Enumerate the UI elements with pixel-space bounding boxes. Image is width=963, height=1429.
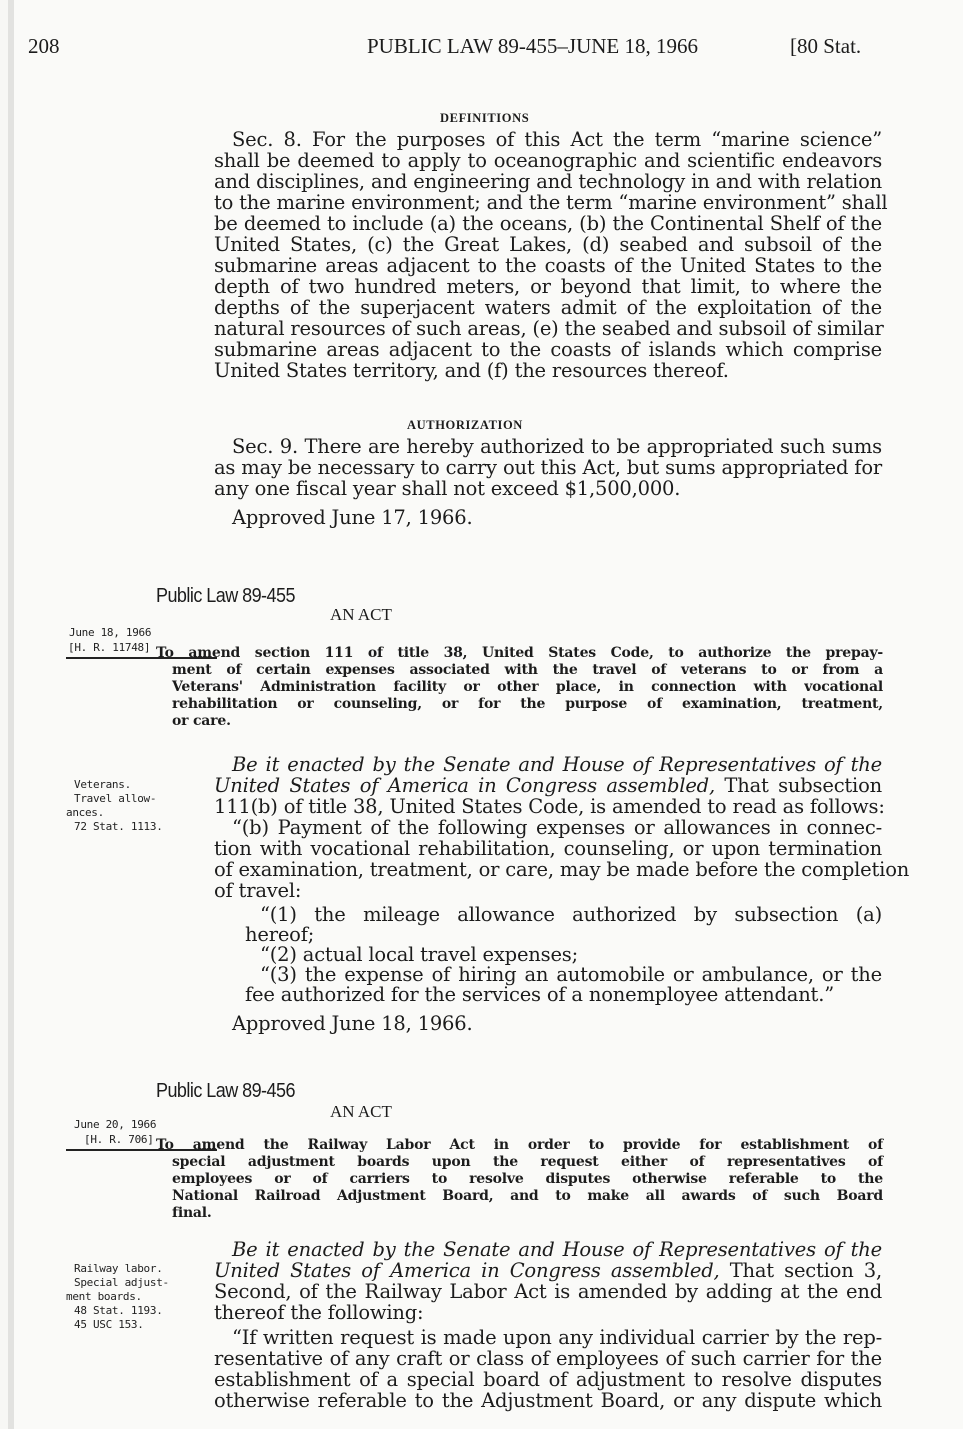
text-line: and disciplines, and engineering and tec…	[214, 171, 882, 193]
margin-note: 48 Stat. 1193.	[74, 1304, 163, 1318]
approval-date: Approved June 17, 1966.	[232, 507, 472, 529]
enacting-rest: That section 3,	[720, 1259, 883, 1282]
text-line: shall be deemed to apply to oceanographi…	[214, 150, 882, 172]
enacting-italic: United States of America in Congress ass…	[214, 774, 715, 797]
text-line: thereof the following:	[214, 1302, 423, 1324]
enacting-italic: United States of America in Congress ass…	[214, 1259, 720, 1282]
margin-note: 45 USC 153.	[74, 1318, 144, 1332]
text-line: to the marine environment; and the term …	[214, 192, 882, 214]
text-line: United States territory, and (f) the res…	[214, 360, 729, 382]
margin-note: Special adjust-	[74, 1276, 169, 1290]
text-line: natural resources of such areas, (e) the…	[214, 318, 882, 340]
title-line: final.	[172, 1205, 212, 1222]
margin-note: Railway labor.	[74, 1262, 163, 1276]
text-line: tion with vocational rehabilitation, cou…	[214, 838, 882, 860]
margin-date: June 18, 1966	[69, 626, 151, 640]
text-line: submarine areas adjacent to the coasts o…	[214, 255, 882, 277]
running-title: PUBLIC LAW 89-455–JUNE 18, 1966	[367, 34, 698, 59]
text-line: of examination, treatment, or care, may …	[214, 859, 882, 881]
text-line: as may be necessary to carry out this Ac…	[214, 457, 882, 479]
text-line: Sec. 9. There are hereby authorized to b…	[232, 436, 882, 458]
text-line: “If written request is made upon any ind…	[232, 1327, 882, 1349]
enacting-line: Be it enacted by the Senate and House of…	[232, 754, 882, 776]
text-line: establishment of a special board of adju…	[214, 1369, 882, 1391]
title-line: To amend the Railway Labor Act in order …	[156, 1137, 883, 1154]
an-act-heading: AN ACT	[330, 605, 392, 625]
margin-bill-number: [H. R. 11748]	[68, 641, 150, 655]
text-line: resentative of any craft or class of emp…	[214, 1348, 882, 1370]
section-heading-definitions: DEFINITIONS	[440, 111, 529, 126]
volume-reference: [80 Stat.	[790, 34, 861, 59]
public-law-number: Public Law 89-456	[156, 1080, 295, 1103]
text-line: of travel:	[214, 880, 301, 902]
text-line: submarine areas adjacent to the coasts o…	[214, 339, 882, 361]
text-line: Sec. 8. For the purposes of this Act the…	[232, 129, 882, 151]
title-line: National Railroad Adjustment Board, and …	[172, 1188, 883, 1205]
text-line: “(b) Payment of the following expenses o…	[232, 817, 882, 839]
text-line: Second, of the Railway Labor Act is amen…	[214, 1281, 882, 1303]
enacting-line: United States of America in Congress ass…	[214, 775, 882, 797]
title-line: employees or of carriers to resolve disp…	[172, 1171, 883, 1188]
text-line: “(1) the mileage allowance authorized by…	[260, 904, 882, 926]
margin-note: ment boards.	[66, 1290, 142, 1304]
margin-date: June 20, 1966	[74, 1118, 156, 1132]
page-number: 208	[28, 34, 60, 59]
margin-note: Veterans.	[74, 778, 131, 792]
margin-bill-number: [H. R. 706]	[84, 1133, 154, 1147]
text-line: 111(b) of title 38, United States Code, …	[214, 796, 882, 818]
title-line: or care.	[172, 713, 231, 730]
margin-note: Travel allow-	[74, 792, 156, 806]
public-law-number: Public Law 89-455	[156, 585, 295, 608]
text-line: depths of the superjacent waters admit o…	[214, 297, 882, 319]
text-line: otherwise referable to the Adjustment Bo…	[214, 1390, 882, 1412]
an-act-heading: AN ACT	[330, 1102, 392, 1122]
section-heading-authorization: AUTHORIZATION	[407, 418, 523, 433]
text-line: fee authorized for the services of a non…	[245, 984, 834, 1006]
title-line: special adjustment boards upon the reque…	[172, 1154, 883, 1171]
text-line: be deemed to include (a) the oceans, (b)…	[214, 213, 882, 235]
margin-note: ances.	[66, 806, 104, 820]
margin-note: 72 Stat. 1113.	[74, 820, 163, 834]
enacting-line: Be it enacted by the Senate and House of…	[232, 1239, 882, 1261]
text-line: any one fiscal year shall not exceed $1,…	[214, 478, 680, 500]
title-line: To amend section 111 of title 38, United…	[156, 645, 883, 662]
text-line: depth of two hundred meters, or beyond t…	[214, 276, 882, 298]
title-line: ment of certain expenses associated with…	[172, 662, 883, 679]
approval-date: Approved June 18, 1966.	[232, 1013, 472, 1035]
title-line: Veterans' Administration facility or oth…	[172, 679, 883, 696]
enacting-rest: That subsection	[715, 774, 882, 797]
text-line: United States, (c) the Great Lakes, (d) …	[214, 234, 882, 256]
title-line: rehabilitation or counseling, or for the…	[172, 696, 883, 713]
enacting-line: United States of America in Congress ass…	[214, 1260, 882, 1282]
